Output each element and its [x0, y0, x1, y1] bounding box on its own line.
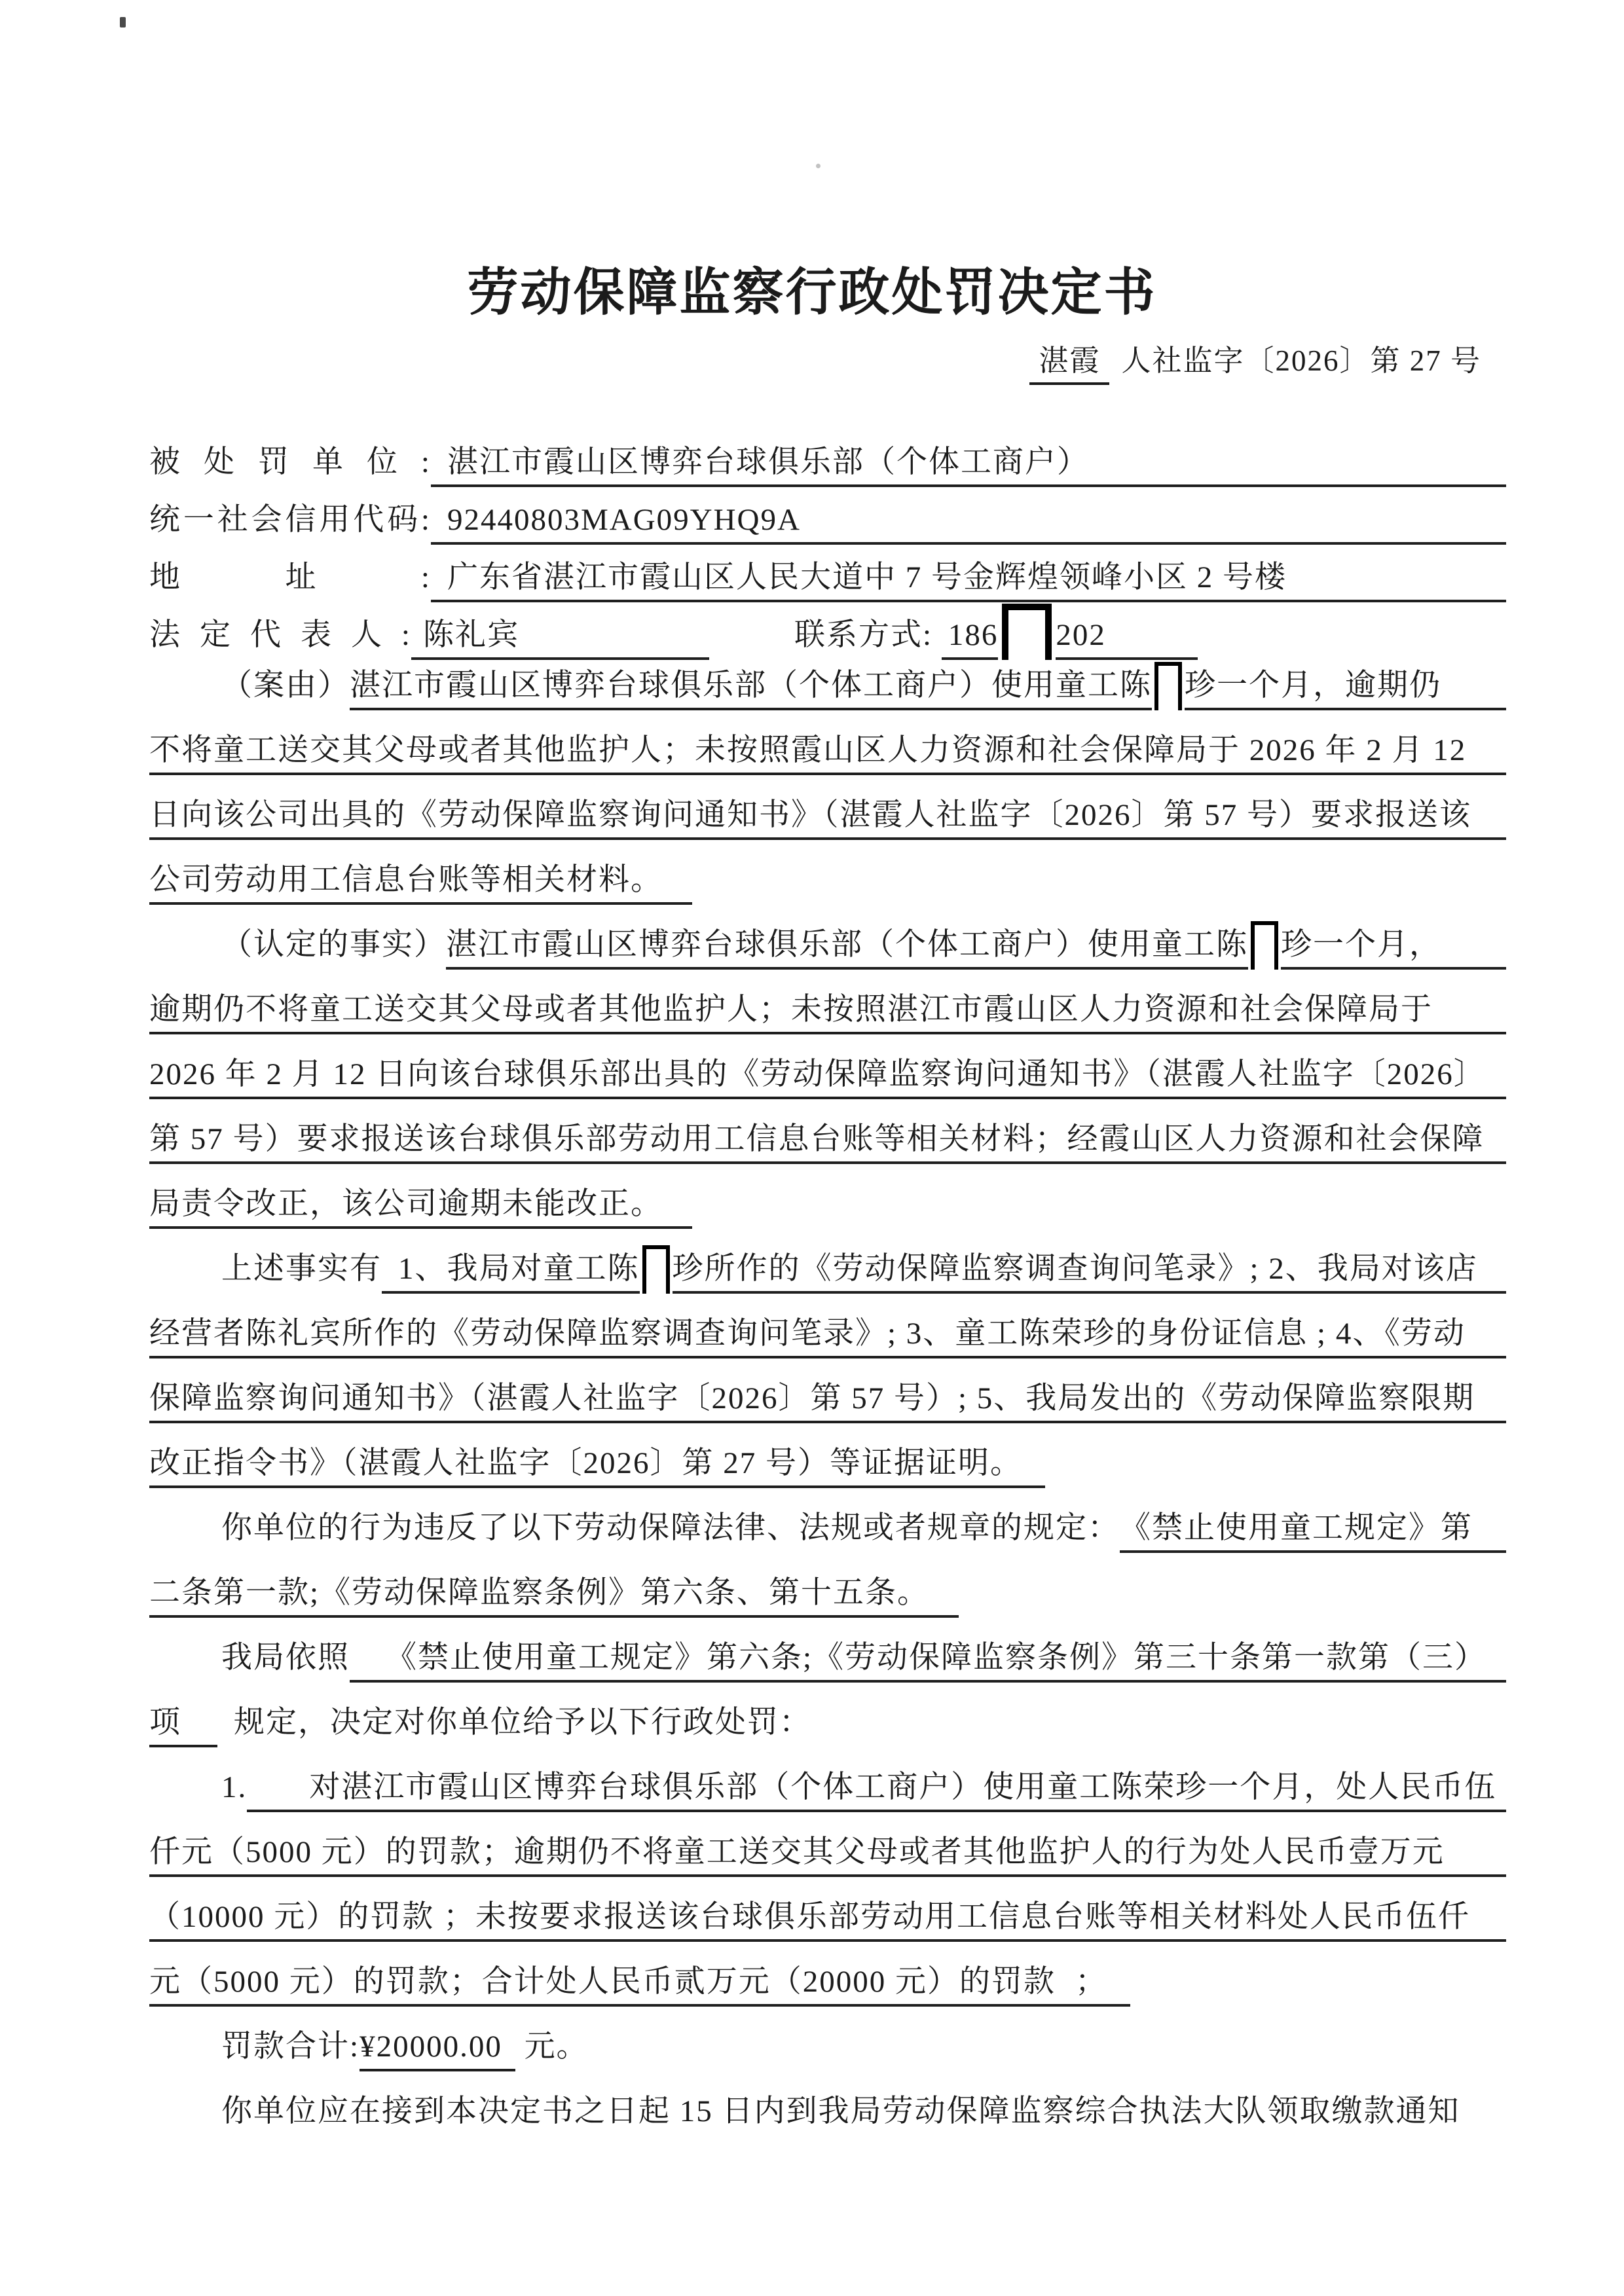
field-value: 92440803MAG09YHQ9A [431, 501, 801, 545]
text-segment: 你单位的行为违反了以下劳动保障法律、法规或者规章的规定： [221, 1509, 1120, 1553]
text-segment: （认定的事实） [221, 926, 446, 970]
underlined-segment [1107, 2001, 1130, 2007]
body-line: 2026 年 2 月 12 日向该台球俱乐部出具的《劳动保障监察询问通知书》（湛… [149, 1034, 1506, 1099]
underlined-segment: 仟元（5000 元）的罚款；逾期仍不将童工送交其父母或者其他监护人的行为处人民币… [149, 1833, 1445, 1877]
underlined-segment: 2026 年 2 月 12 日向该台球俱乐部出具的《劳动保障监察询问通知书》（湛… [149, 1055, 1486, 1099]
underlined-segment: 逾期仍不将童工送交其父母或者其他监护人；未按照湛江市霞山区人力资源和社会保障局于 [149, 991, 1433, 1034]
underlined-segment: 湛江市霞山区博弈台球俱乐部（个体工商户）使用童工陈 [446, 926, 1248, 970]
spacer [217, 1741, 234, 1747]
underlined-segment [1056, 2001, 1075, 2007]
body-line: 日向该公司出具的《劳动保障监察询问通知书》（湛霞人社监字〔2026〕第 57 号… [149, 775, 1506, 840]
underlined-segment [1486, 1677, 1506, 1683]
underline-filler [1089, 481, 1506, 487]
spacer [149, 1806, 221, 1812]
spacer [149, 704, 221, 710]
body-line: 保障监察询问通知书》（湛霞人社监字〔2026〕第 57 号）; 5、我局发出的《… [149, 1358, 1506, 1423]
text-segment: 我局依照 [221, 1639, 350, 1683]
underlined-segment [1475, 1417, 1506, 1423]
field-row-credit-code: 统一社会信用代码: 92440803MAG09YHQ9A [149, 487, 1506, 545]
underlined-segment [1466, 769, 1506, 775]
body-line: （案由）湛江市霞山区博弈台球俱乐部（个体工商户）使用童工陈珍一个月，逾期仍 [149, 646, 1506, 710]
body-line: 项规定，决定对你单位给予以下行政处罚： [149, 1683, 1506, 1747]
body-line: 你单位应在接到本决定书之日起 15 日内到我局劳动保障监察综合执法大队领取缴款通… [149, 2071, 1506, 2136]
underlined-segment: 珍一个月，逾期仍 [1185, 666, 1441, 710]
field-value: 广东省湛江市霞山区人民大道中 7 号金辉煌领峰小区 2 号楼 [431, 558, 1287, 602]
underlined-segment: ¥20000.00 [360, 2028, 502, 2071]
underlined-segment [1470, 1936, 1506, 1942]
body-line: 经营者陈礼宾所作的《劳动保障监察调查询问笔录》; 3、童工陈荣珍的身份证信息 ;… [149, 1294, 1506, 1358]
underlined-segment [1473, 1547, 1506, 1553]
document-number-text: 人社监字〔2026〕第 27 号 [1121, 344, 1481, 377]
body-line: 公司劳动用工信息台账等相关材料。 [149, 840, 1506, 905]
underlined-segment [247, 1806, 309, 1812]
redaction-box [642, 1245, 670, 1294]
underlined-segment: 《禁止使用童工规定》第 [1120, 1509, 1473, 1553]
underlined-segment [1486, 1093, 1506, 1099]
body-line: 第 57 号）要求报送该台球俱乐部劳动用工信息台账等相关材料；经霞山区人力资源和… [149, 1099, 1506, 1164]
text-segment: 规定，决定对你单位给予以下行政处罚： [234, 1704, 811, 1747]
body-line: 你单位的行为违反了以下劳动保障法律、法规或者规章的规定：《禁止使用童工规定》第 [149, 1488, 1506, 1553]
body-line: 元（5000 元）的罚款；合计处人民币贰万元（20000 元）的罚款； [149, 1942, 1506, 2007]
body-line: 改正指令书》（湛霞人社监字〔2026〕第 27 号）等证据证明。 [149, 1423, 1506, 1488]
body-lines: （案由）湛江市霞山区博弈台球俱乐部（个体工商户）使用童工陈珍一个月，逾期仍不将童… [149, 646, 1506, 2136]
underlined-segment: 经营者陈礼宾所作的《劳动保障监察调查询问笔录》; 3、童工陈荣珍的身份证信息 ;… [149, 1315, 1466, 1358]
underlined-segment [1441, 704, 1506, 710]
text-segment: 元。 [515, 2028, 589, 2071]
underlined-segment: 项 [149, 1704, 181, 1747]
underlined-segment: 局责令改正，该公司逾期未能改正。 [149, 1185, 663, 1229]
body-line: 二条第一款;《劳动保障监察条例》第六条、第十五条。 [149, 1553, 1506, 1618]
underlined-segment: 1、我局对童工陈 [398, 1250, 640, 1294]
text-segment: 上述事实有 [221, 1250, 382, 1294]
underlined-segment: 二条第一款;《劳动保障监察条例》第六条、第十五条。 [149, 1574, 929, 1618]
field-row-address: 地址: 广东省湛江市霞山区人民大道中 7 号金辉煌领峰小区 2 号楼 [149, 545, 1506, 602]
underlined-segment [1466, 1353, 1506, 1358]
spacer [149, 1547, 221, 1553]
underlined-segment [1478, 1288, 1506, 1294]
body-line: 逾期仍不将童工送交其父母或者其他监护人；未按照湛江市霞山区人力资源和社会保障局于 [149, 970, 1506, 1034]
underlined-segment: 保障监察询问通知书》（湛霞人社监字〔2026〕第 57 号）; 5、我局发出的《… [149, 1379, 1475, 1423]
underlined-segment: 公司劳动用工信息台账等相关材料。 [149, 861, 663, 905]
underlined-segment [663, 899, 692, 905]
underlined-segment [929, 1612, 959, 1618]
underlined-segment [1441, 964, 1506, 970]
document-page: 劳动保障监察行政处罚决定书 湛霞人社监字〔2026〕第 27 号 被处罚单位: … [0, 0, 1624, 2296]
document-title: 劳动保障监察行政处罚决定书 [0, 251, 1624, 325]
underlined-segment [382, 1288, 398, 1294]
underlined-segment [1022, 1482, 1045, 1488]
field-label: 地址: [149, 558, 431, 602]
underlined-segment: 珍所作的《劳动保障监察调查询问笔录》; 2、我局对该店 [673, 1250, 1478, 1294]
text-segment: 你单位应在接到本决定书之日起 15 日内到我局劳动保障监察综合执法大队领取缴款通… [221, 2092, 1460, 2136]
spacer [149, 964, 221, 970]
underlined-segment [181, 1741, 217, 1747]
underlined-segment [1471, 834, 1506, 840]
underlined-segment [502, 2066, 515, 2071]
underlined-segment [1485, 1158, 1507, 1164]
body-line: 1.对湛江市霞山区博弈台球俱乐部（个体工商户）使用童工陈荣珍一个月，处人民币伍 [149, 1747, 1506, 1812]
body-line: 不将童工送交其父母或者其他监护人；未按照霞山区人力资源和社会保障局于 2026 … [149, 710, 1506, 775]
body-line: （认定的事实）湛江市霞山区博弈台球俱乐部（个体工商户）使用童工陈珍一个月， [149, 905, 1506, 970]
field-label: 统一社会信用代码: [149, 501, 431, 545]
spacer [149, 1677, 221, 1683]
underlined-segment: 不将童工送交其父母或者其他监护人；未按照霞山区人力资源和社会保障局于 2026 … [149, 731, 1466, 775]
underlined-segment: 湛江市霞山区博弈台球俱乐部（个体工商户）使用童工陈 [350, 666, 1152, 710]
body-line: （10000 元）的罚款 ；未按要求报送该台球俱乐部劳动用工信息台账等相关材料处… [149, 1877, 1506, 1942]
body-line: 罚款合计:¥20000.00 元。 [149, 2007, 1506, 2071]
underlined-segment: ； [1075, 1963, 1107, 2007]
underline-filler [801, 539, 1506, 545]
underlined-segment: 元（5000 元）的罚款；合计处人民币贰万元（20000 元）的罚款 [149, 1963, 1056, 2007]
field-label: 被处罚单位: [149, 443, 431, 487]
issuing-unit-abbrev: 湛霞 [1029, 344, 1109, 385]
text-segment: 罚款合计: [221, 2028, 360, 2071]
scan-artifact [120, 17, 126, 27]
spacer [149, 2066, 221, 2071]
text-segment: 1. [221, 1768, 247, 1812]
underlined-segment [1433, 1029, 1506, 1034]
underlined-segment [663, 1223, 692, 1229]
redaction-box [1154, 662, 1182, 710]
underlined-segment: 《禁止使用童工规定》第六条;《劳动保障监察条例》第三十条第一款第（三） [386, 1639, 1486, 1683]
fields-section: 被处罚单位: 湛江市霞山区博弈台球俱乐部（个体工商户） 统一社会信用代码: 92… [149, 429, 1506, 660]
document-number: 湛霞人社监字〔2026〕第 27 号 [1029, 337, 1481, 379]
field-row-penalized-unit: 被处罚单位: 湛江市霞山区博弈台球俱乐部（个体工商户） [149, 429, 1506, 487]
underline-filler [1287, 596, 1506, 602]
body-line: 仟元（5000 元）的罚款；逾期仍不将童工送交其父母或者其他监护人的行为处人民币… [149, 1812, 1506, 1877]
spacer [149, 1288, 221, 1294]
body-line: 上述事实有1、我局对童工陈珍所作的《劳动保障监察调查询问笔录》; 2、我局对该店 [149, 1229, 1506, 1294]
underlined-segment [1496, 1806, 1506, 1812]
field-value: 湛江市霞山区博弈台球俱乐部（个体工商户） [431, 443, 1089, 487]
underlined-segment: 对湛江市霞山区博弈台球俱乐部（个体工商户）使用童工陈荣珍一个月，处人民币伍 [309, 1768, 1496, 1812]
underlined-segment: 日向该公司出具的《劳动保障监察询问通知书》（湛霞人社监字〔2026〕第 57 号… [149, 796, 1471, 840]
underlined-segment: 珍一个月， [1281, 926, 1441, 970]
underlined-segment: 第 57 号）要求报送该台球俱乐部劳动用工信息台账等相关材料；经霞山区人力资源和… [149, 1120, 1485, 1164]
text-segment: （案由） [221, 666, 350, 710]
underlined-segment: 改正指令书》（湛霞人社监字〔2026〕第 27 号）等证据证明。 [149, 1444, 1022, 1488]
body-line: 我局依照《禁止使用童工规定》第六条;《劳动保障监察条例》第三十条第一款第（三） [149, 1618, 1506, 1683]
underlined-segment [1445, 1871, 1506, 1877]
scan-artifact [816, 164, 821, 168]
body-line: 局责令改正，该公司逾期未能改正。 [149, 1164, 1506, 1229]
underlined-segment [350, 1677, 386, 1683]
underlined-segment: （10000 元）的罚款 ；未按要求报送该台球俱乐部劳动用工信息台账等相关材料处… [149, 1898, 1470, 1942]
redaction-box [1251, 921, 1278, 970]
spacer [149, 2130, 221, 2136]
